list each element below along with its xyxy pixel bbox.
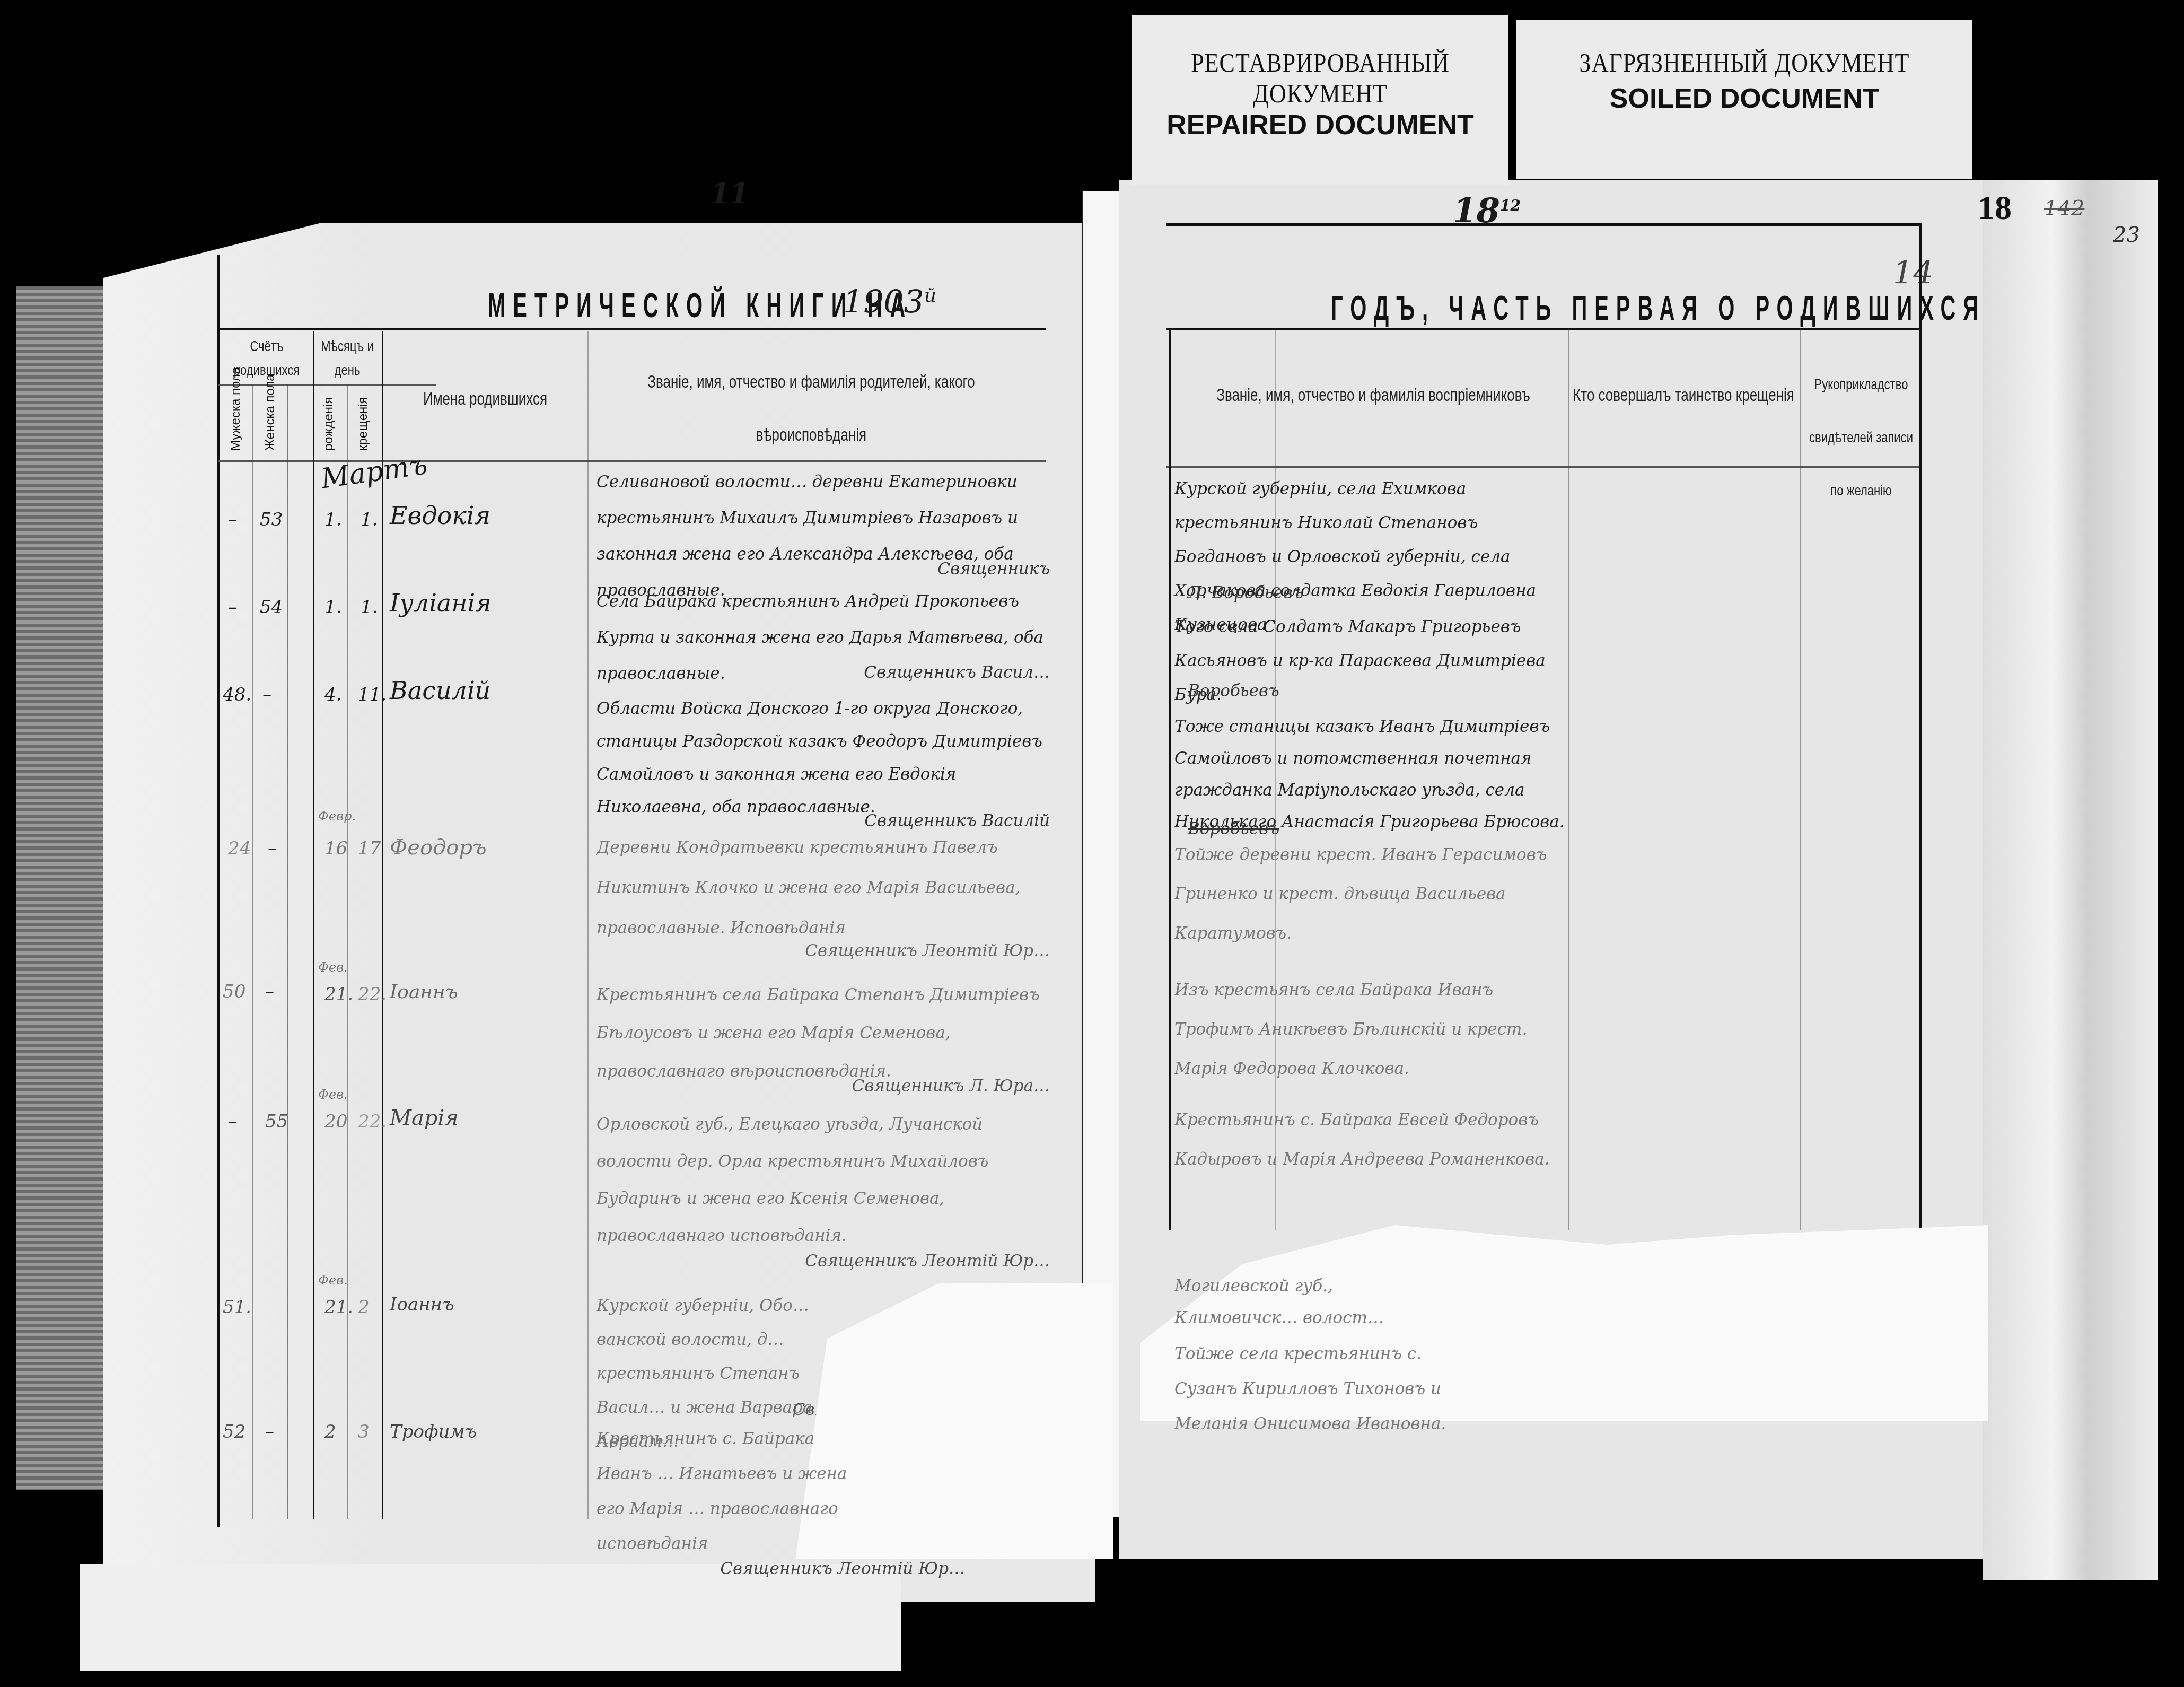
entry-month: Фев. <box>318 1273 348 1288</box>
godparents-entry-5: Изъ крестьянъ села Байрака Иванъ Трофимъ… <box>1174 971 1567 1088</box>
entry-male: – <box>228 1111 237 1132</box>
right-page-printed-number: 18 <box>1978 188 2012 228</box>
entry-female: 53 <box>260 509 283 530</box>
entry-birth-day: 2 <box>324 1421 336 1443</box>
entry-female: – <box>265 981 274 1002</box>
entry-birth-day: 20 <box>324 1111 347 1132</box>
entry-month: Фев. <box>318 960 348 975</box>
right-page-stack-edges <box>1983 180 2158 1580</box>
entry-child-name: Марія <box>390 1106 459 1130</box>
entry-female: – <box>265 1421 274 1443</box>
entry-male: – <box>228 509 237 530</box>
soiled-en: SOILED DOCUMENT <box>1516 83 1972 115</box>
godparents-entry-4: Тойже деревни крест. Иванъ Герасимовъ Гр… <box>1174 835 1567 953</box>
entry-signature: Священникъ <box>795 560 1050 579</box>
entry-female: – <box>268 838 277 859</box>
entry-signature: Священникъ Васил… <box>795 663 1050 682</box>
entry-parents: Крестьянинъ с. Байрака Иванъ … Игнатьевъ… <box>597 1421 872 1561</box>
header-witnesses: Рукоприкладство свидѣтелей записи по жел… <box>1803 358 1919 517</box>
entry-child-name: Василій <box>390 676 490 705</box>
entry-signature: Священникъ Леонтій Юр… <box>689 1252 1050 1271</box>
entry-male: 51. <box>223 1297 251 1318</box>
left-table-border <box>217 255 220 1527</box>
entry-birth-day: 4. <box>324 684 341 705</box>
entry-male: – <box>228 597 237 618</box>
soiled-ru: ЗАГРЯЗНЕННЫЙ ДОКУМЕНТ <box>1516 46 1972 81</box>
entry-birth-day: 1. <box>324 509 341 530</box>
entry-birth-day: 16 <box>324 838 347 859</box>
entry-child-name: Трофимъ <box>390 1421 477 1443</box>
entry-baptism-day: 11. <box>358 684 387 705</box>
book-page-edges <box>16 286 106 1490</box>
godparents-signature-2: Воробьевъ <box>1188 681 1347 701</box>
repaired-document-label: РЕСТАВРИРОВАННЫЙ ДОКУМЕНТ REPAIRED DOCUM… <box>1132 15 1508 185</box>
right-left-border <box>1169 329 1171 1230</box>
entry-signature: Священникъ Леонтій Юр… <box>689 941 1050 960</box>
hand-number-sup: 12 <box>1500 197 1521 214</box>
header-birth: рожденія <box>321 397 337 451</box>
entry-child-name: Евдокія <box>390 501 490 530</box>
entry-birth-day: 21. <box>324 984 353 1005</box>
entry-female: – <box>262 684 271 705</box>
entry-male: 50 <box>223 981 245 1002</box>
entry-baptism-day: 1. <box>361 509 378 530</box>
godparents-entry-8: Тойже села крестьянинъ с. Сузанъ Кирилло… <box>1174 1336 1471 1441</box>
entry-month: Февр. <box>318 809 356 824</box>
left-page-mark: 11 <box>711 178 749 210</box>
entry-child-name: Іоаннъ <box>390 1294 454 1315</box>
header-names: Имена родившихся <box>384 384 586 414</box>
right-page-crossed-number: 142 <box>2044 196 2084 221</box>
year-suffix: й <box>924 285 936 307</box>
entry-baptism-day: 22. <box>358 1111 387 1132</box>
entry-child-name: Іуліанія <box>390 589 492 617</box>
soiled-document-label: ЗАГРЯЗНЕННЫЙ ДОКУМЕНТ SOILED DOCUMENT <box>1516 20 1972 179</box>
entry-parents: Орловской губ., Елецкаго уѣзда, Лучанско… <box>597 1106 1052 1254</box>
entry-female: 54 <box>260 597 283 618</box>
col-divider <box>382 331 383 1519</box>
header-female: Женска пола <box>262 374 278 451</box>
entry-month: Фев. <box>318 1087 348 1102</box>
godparents-entry-6: Крестьянинъ с. Байрака Евсей Федоровъ Ка… <box>1174 1100 1567 1179</box>
col-divider <box>1568 329 1569 1230</box>
right-page-title: ГОДЪ, ЧАСТЬ ПЕРВАЯ О РОДИВШИХСЯ <box>1331 290 1986 328</box>
header-baptism: крещенія <box>355 397 371 451</box>
entry-parents: Области Войска Донского 1-го округа Донс… <box>597 692 1052 824</box>
right-header-rule <box>1166 328 1919 330</box>
entry-male: 24 <box>228 838 251 859</box>
entry-male: 48. <box>223 684 251 705</box>
entry-signature: Священникъ Леонтій Юр… <box>583 1559 965 1578</box>
col-divider <box>587 331 589 1519</box>
entry-baptism-day: 17 <box>358 838 381 859</box>
entry-birth-day: 21. <box>324 1297 353 1318</box>
godparents-entry-7: Могилевской губ., Климовичск… волост… <box>1174 1270 1440 1334</box>
entry-child-name: Феодоръ <box>390 835 487 860</box>
right-top-rule <box>1166 223 1922 226</box>
header-date-group: Мѣсяцъ и день <box>315 335 379 382</box>
col-divider <box>1800 329 1801 1230</box>
col-divider <box>313 331 314 1519</box>
col-divider <box>287 384 288 1519</box>
entry-birth-day: 1. <box>324 597 341 618</box>
header-male: Мужеска пола <box>228 367 244 451</box>
godparents-signature-1: Л. Воробьевъ <box>1188 583 1347 602</box>
page-stack-mark: 23 <box>2113 223 2140 247</box>
corner-mark: 14 <box>1893 255 1933 292</box>
col-divider <box>347 384 348 1519</box>
left-header-rule <box>218 328 1046 330</box>
entry-baptism-day: 22. <box>358 984 387 1005</box>
repaired-ru-line2: ДОКУМЕНТ <box>1132 76 1508 112</box>
entry-baptism-day: 2 <box>358 1297 370 1318</box>
entry-female: 55 <box>265 1111 288 1132</box>
entry-parents: Крестьянинъ села Байрака Степанъ Димитрі… <box>597 976 1052 1090</box>
repaired-en: REPAIRED DOCUMENT <box>1132 109 1508 141</box>
header-godparents: Званіе, имя, отчество и фамилія воспріем… <box>1188 369 1559 422</box>
entry-baptism-day: 3 <box>358 1421 370 1443</box>
header-parents: Званіе, имя, отчество и фамилія родителе… <box>604 355 1018 461</box>
col-divider <box>252 384 253 1519</box>
entry-signature: Священникъ Л. Юра… <box>689 1077 1050 1096</box>
entry-child-name: Іоаннъ <box>390 981 458 1003</box>
entry-male: 52 <box>223 1421 245 1443</box>
repaired-ru-line1: РЕСТАВРИРОВАННЫЙ <box>1132 46 1508 81</box>
header-priest: Кто совершалъ таинство крещенія <box>1572 369 1795 422</box>
bottom-folded-sheet <box>80 1564 901 1671</box>
register-year: 1903й <box>843 284 936 321</box>
godparents-entry-3: Тоже станицы казакъ Иванъ Димитріевъ Сам… <box>1174 711 1567 838</box>
year-value: 1903 <box>843 284 924 321</box>
right-table-border <box>1919 223 1922 1252</box>
entry-parents: Деревни Кондратьевки крестьянинъ Павелъ … <box>597 827 1052 948</box>
entry-baptism-day: 1. <box>361 597 378 618</box>
